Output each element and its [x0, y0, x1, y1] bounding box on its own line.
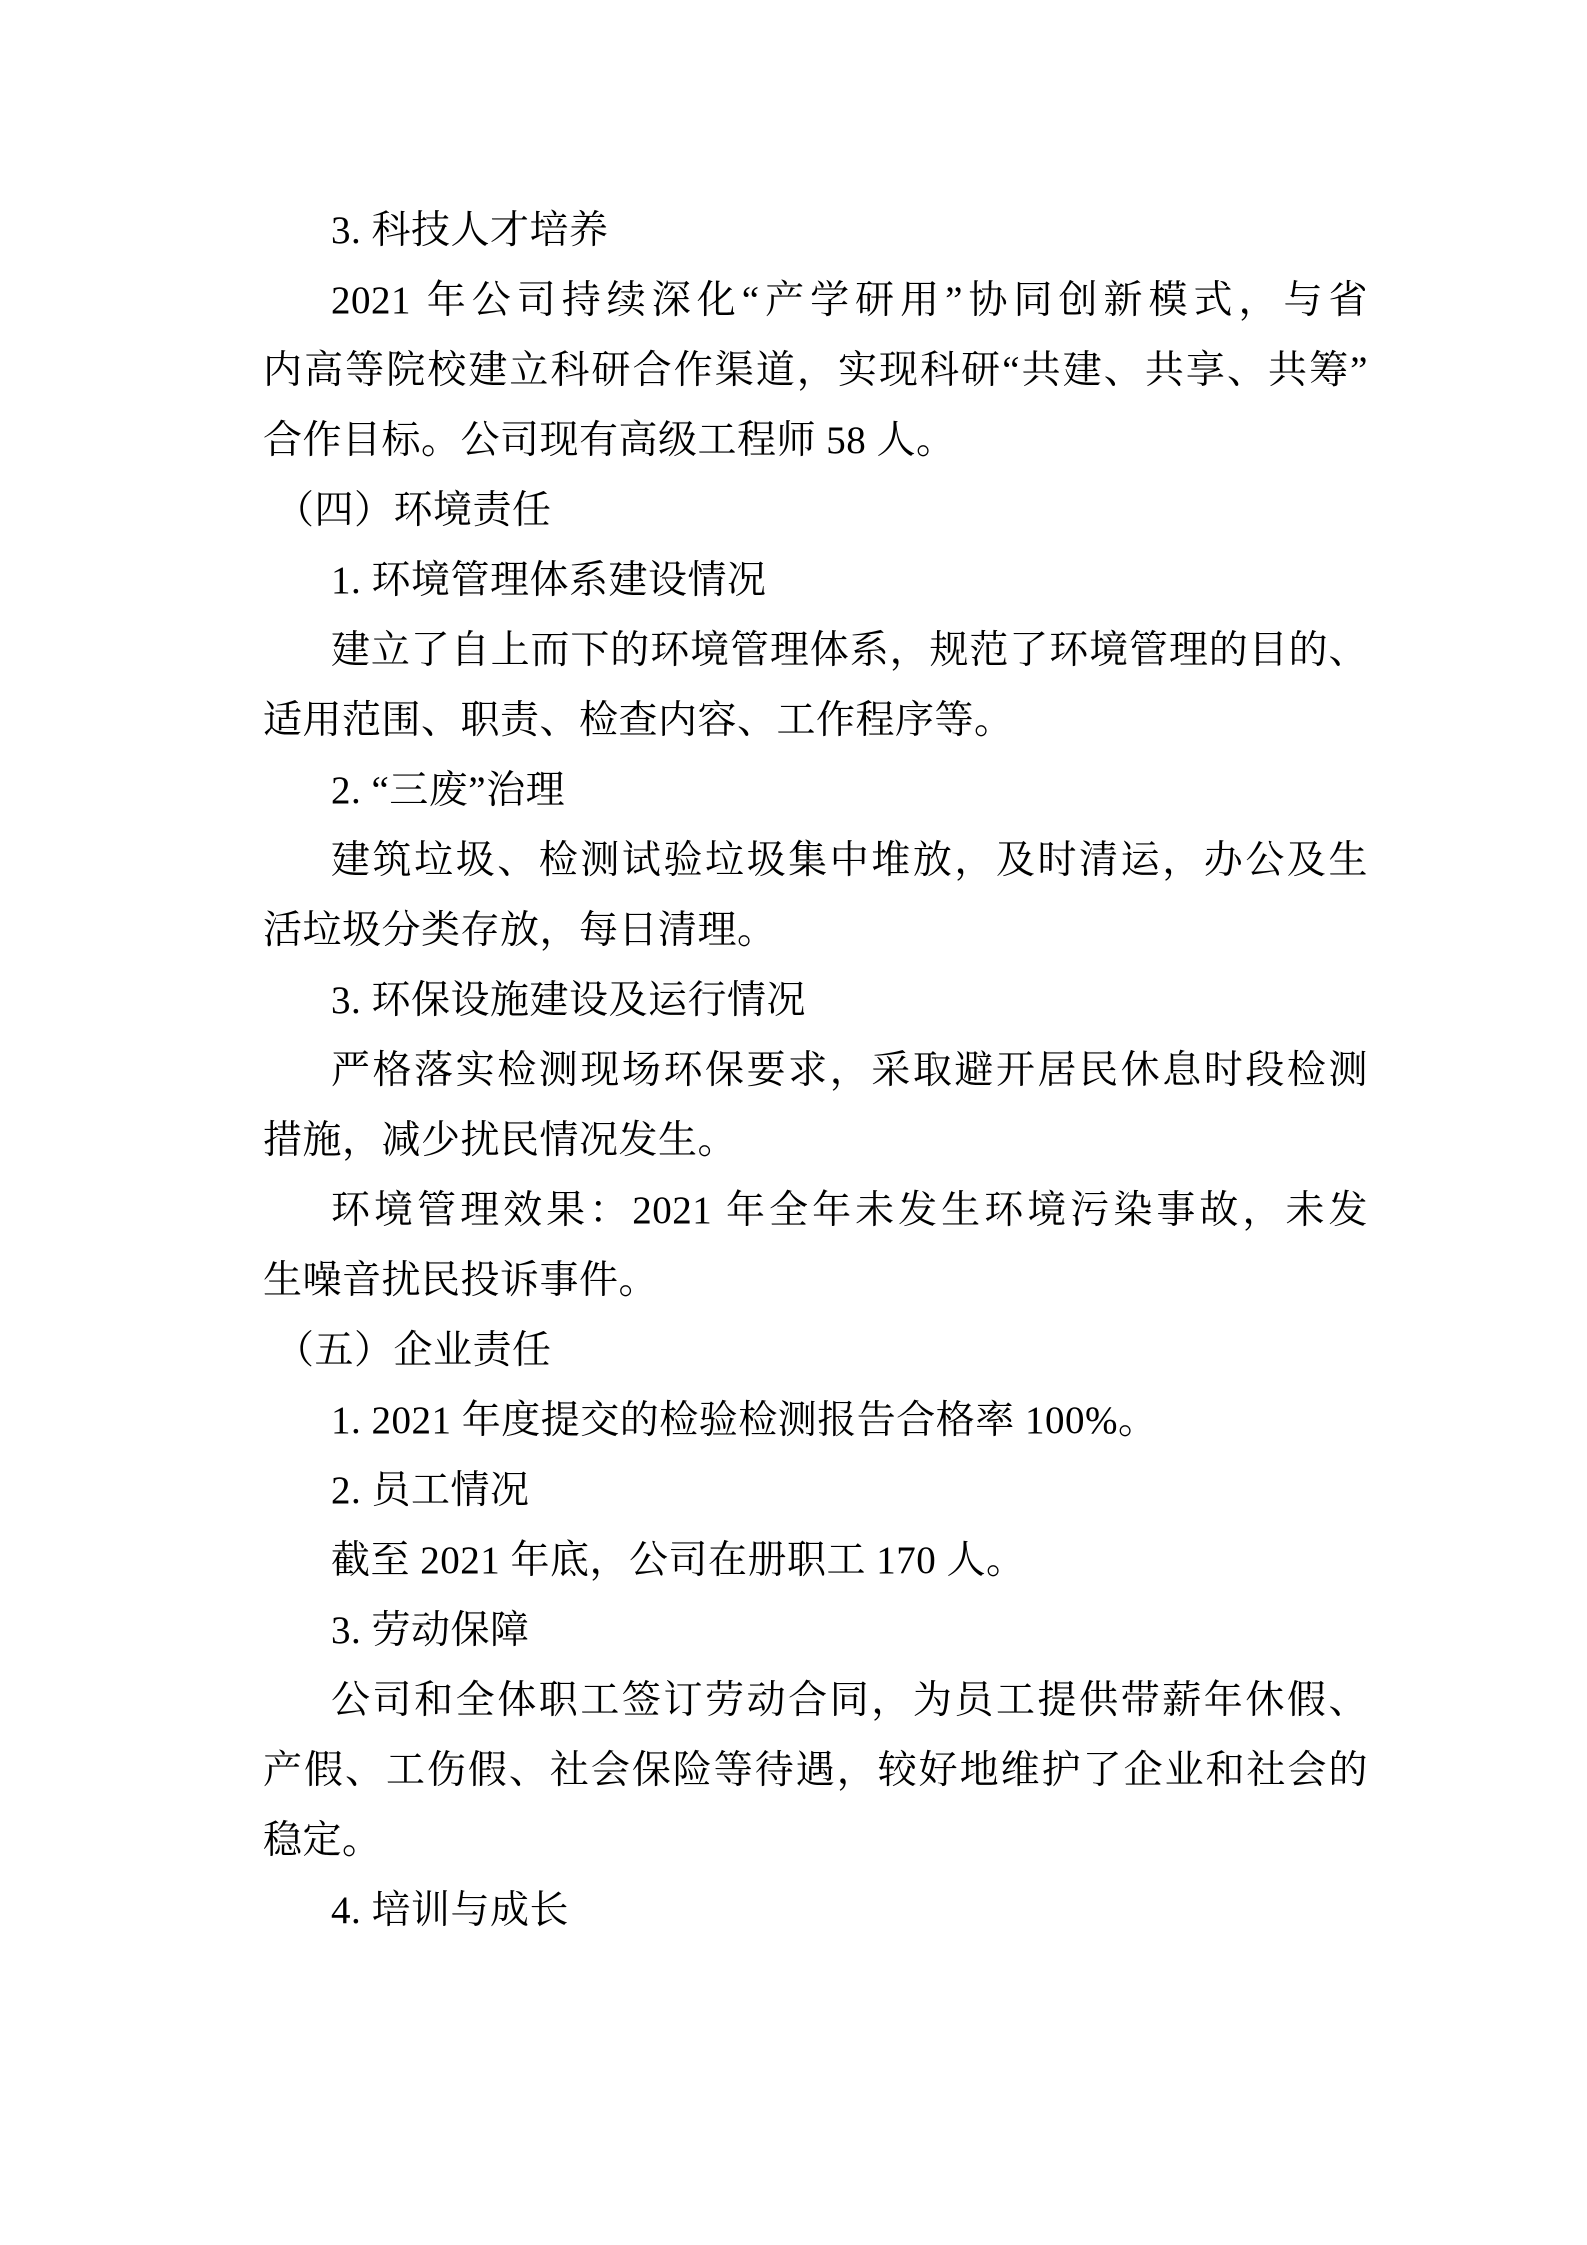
text-line: 严格落实检测现场环保要求，采取避开居民休息时段检测: [263, 1036, 1368, 1106]
text-line: 公司和全体职工签订劳动合同，为员工提供带薪年休假、: [263, 1666, 1368, 1736]
text-line: 3. 劳动保障: [263, 1596, 1368, 1666]
text-line: 合作目标。公司现有高级工程师 58 人。: [263, 406, 1368, 476]
text-line: 2. “三废”治理: [263, 756, 1368, 826]
text-line: （四）环境责任: [263, 476, 1368, 546]
document-page: 3. 科技人才培养2021 年公司持续深化“产学研用”协同创新模式，与省内高等院…: [0, 0, 1587, 2245]
text-line: 2. 员工情况: [263, 1456, 1368, 1526]
text-line: 3. 科技人才培养: [263, 196, 1368, 266]
text-line: 产假、工伤假、社会保险等待遇，较好地维护了企业和社会的: [263, 1736, 1368, 1806]
text-line: 4. 培训与成长: [263, 1876, 1368, 1946]
text-line: 生噪音扰民投诉事件。: [263, 1246, 1368, 1316]
text-line: 2021 年公司持续深化“产学研用”协同创新模式，与省: [263, 266, 1368, 336]
text-line: 措施，减少扰民情况发生。: [263, 1106, 1368, 1176]
text-line: 建筑垃圾、检测试验垃圾集中堆放，及时清运，办公及生: [263, 826, 1368, 896]
text-line: 环境管理效果：2021 年全年未发生环境污染事故，未发: [263, 1176, 1368, 1246]
text-line: 稳定。: [263, 1806, 1368, 1876]
text-line: （五）企业责任: [263, 1316, 1368, 1386]
text-block: 3. 科技人才培养2021 年公司持续深化“产学研用”协同创新模式，与省内高等院…: [263, 196, 1368, 1946]
text-line: 截至 2021 年底，公司在册职工 170 人。: [263, 1526, 1368, 1596]
text-line: 1. 2021 年度提交的检验检测报告合格率 100%。: [263, 1386, 1368, 1456]
text-line: 1. 环境管理体系建设情况: [263, 546, 1368, 616]
text-line: 适用范围、职责、检查内容、工作程序等。: [263, 686, 1368, 756]
text-line: 3. 环保设施建设及运行情况: [263, 966, 1368, 1036]
text-line: 活垃圾分类存放，每日清理。: [263, 896, 1368, 966]
text-line: 内高等院校建立科研合作渠道，实现科研“共建、共享、共筹”: [263, 336, 1368, 406]
text-line: 建立了自上而下的环境管理体系，规范了环境管理的目的、: [263, 616, 1368, 686]
